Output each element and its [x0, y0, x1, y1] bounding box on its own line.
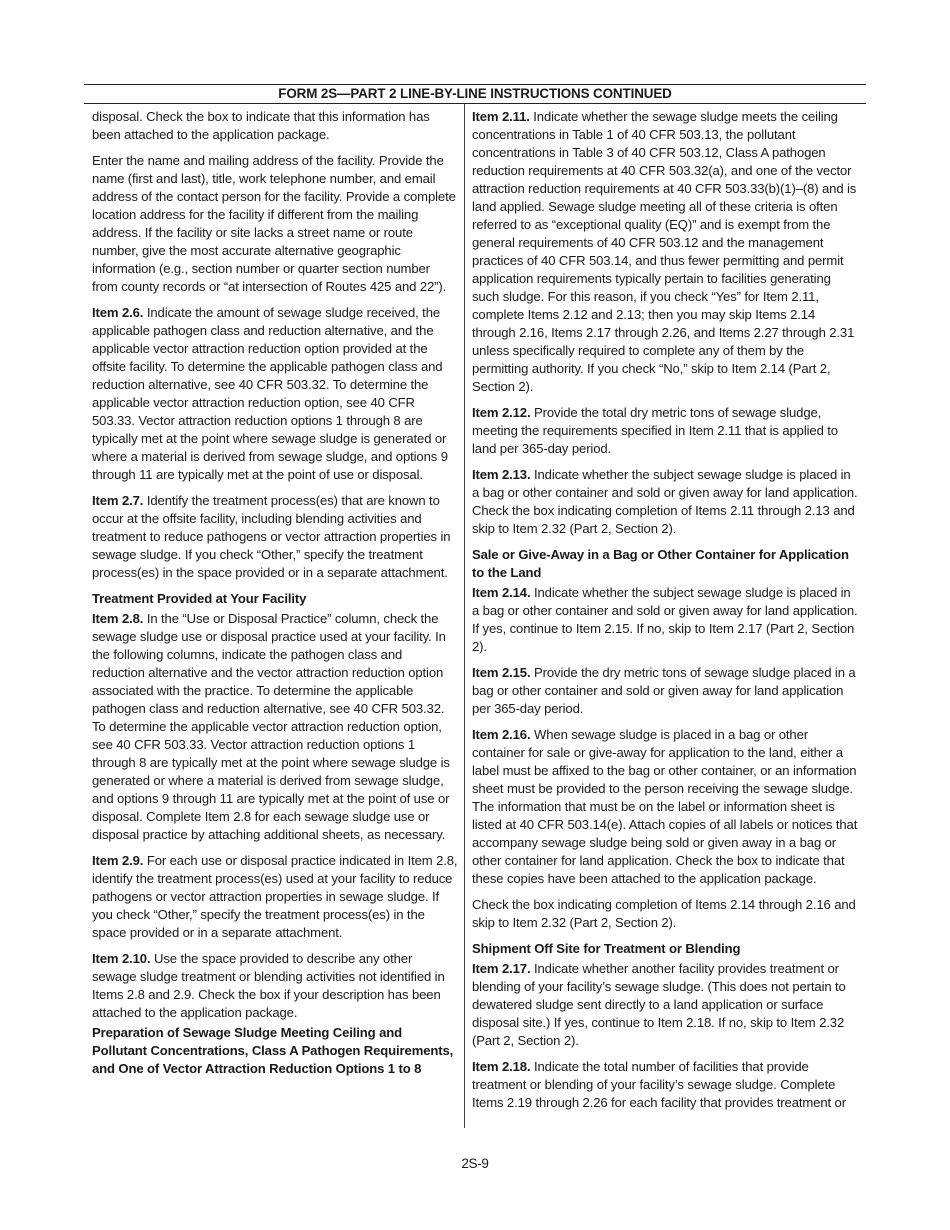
item-label: Item 2.13. — [472, 467, 530, 482]
section-heading-shipment: Shipment Off Site for Treatment or Blend… — [472, 940, 858, 958]
item-label: Item 2.14. — [472, 585, 530, 600]
page-number: 2S-9 — [0, 1156, 950, 1171]
item-text: When sewage sludge is placed in a bag or… — [472, 727, 857, 886]
item-text: In the “Use or Disposal Practice” column… — [92, 611, 450, 842]
form-title: FORM 2S—PART 2 LINE-BY-LINE INSTRUCTIONS… — [278, 86, 672, 101]
item-text: Indicate whether the subject sewage slud… — [472, 585, 858, 654]
item-2-17: Item 2.17. Indicate whether another faci… — [472, 960, 858, 1050]
section-heading-treatment: Treatment Provided at Your Facility — [92, 590, 458, 608]
item-label: Item 2.18. — [472, 1059, 530, 1074]
page-header: FORM 2S—PART 2 LINE-BY-LINE INSTRUCTIONS… — [84, 84, 866, 104]
section-heading-preparation: Preparation of Sewage Sludge Meeting Cei… — [92, 1024, 458, 1078]
section-heading-sale: Sale or Give-Away in a Bag or Other Cont… — [472, 546, 858, 582]
paragraph-attachment-continued: disposal. Check the box to indicate that… — [92, 108, 458, 144]
column-divider — [464, 104, 465, 1128]
item-2-15: Item 2.15. Provide the dry metric tons o… — [472, 664, 858, 718]
item-label: Item 2.10. — [92, 951, 150, 966]
item-2-6: Item 2.6. Indicate the amount of sewage … — [92, 304, 458, 484]
item-text: Provide the dry metric tons of sewage sl… — [472, 665, 856, 716]
item-label: Item 2.12. — [472, 405, 530, 420]
item-text: Indicate whether the sewage sludge meets… — [472, 109, 856, 394]
item-label: Item 2.15. — [472, 665, 530, 680]
item-2-8: Item 2.8. In the “Use or Disposal Practi… — [92, 610, 458, 844]
item-label: Item 2.16. — [472, 727, 530, 742]
item-text: Indicate whether the subject sewage slud… — [472, 467, 858, 536]
item-text: For each use or disposal practice indica… — [92, 853, 457, 940]
item-text: Identify the treatment process(es) that … — [92, 493, 450, 580]
item-2-9: Item 2.9. For each use or disposal pract… — [92, 852, 458, 942]
item-2-11: Item 2.11. Indicate whether the sewage s… — [472, 108, 858, 396]
item-label: Item 2.6. — [92, 305, 143, 320]
paragraph-check-completion: Check the box indicating completion of I… — [472, 896, 858, 932]
item-2-7: Item 2.7. Identify the treatment process… — [92, 492, 458, 582]
item-label: Item 2.17. — [472, 961, 530, 976]
right-column: Item 2.11. Indicate whether the sewage s… — [472, 108, 858, 1120]
item-label: Item 2.7. — [92, 493, 143, 508]
item-2-12: Item 2.12. Provide the total dry metric … — [472, 404, 858, 458]
item-text: Indicate the amount of sewage sludge rec… — [92, 305, 448, 482]
item-2-16: Item 2.16. When sewage sludge is placed … — [472, 726, 858, 888]
paragraph-facility-address: Enter the name and mailing address of th… — [92, 152, 458, 296]
item-2-10: Item 2.10. Use the space provided to des… — [92, 950, 458, 1022]
item-label: Item 2.8. — [92, 611, 143, 626]
item-2-18: Item 2.18. Indicate the total number of … — [472, 1058, 858, 1112]
left-column: disposal. Check the box to indicate that… — [92, 108, 458, 1080]
item-label: Item 2.9. — [92, 853, 143, 868]
item-label: Item 2.11. — [472, 109, 530, 124]
item-2-13: Item 2.13. Indicate whether the subject … — [472, 466, 858, 538]
item-2-14: Item 2.14. Indicate whether the subject … — [472, 584, 858, 656]
